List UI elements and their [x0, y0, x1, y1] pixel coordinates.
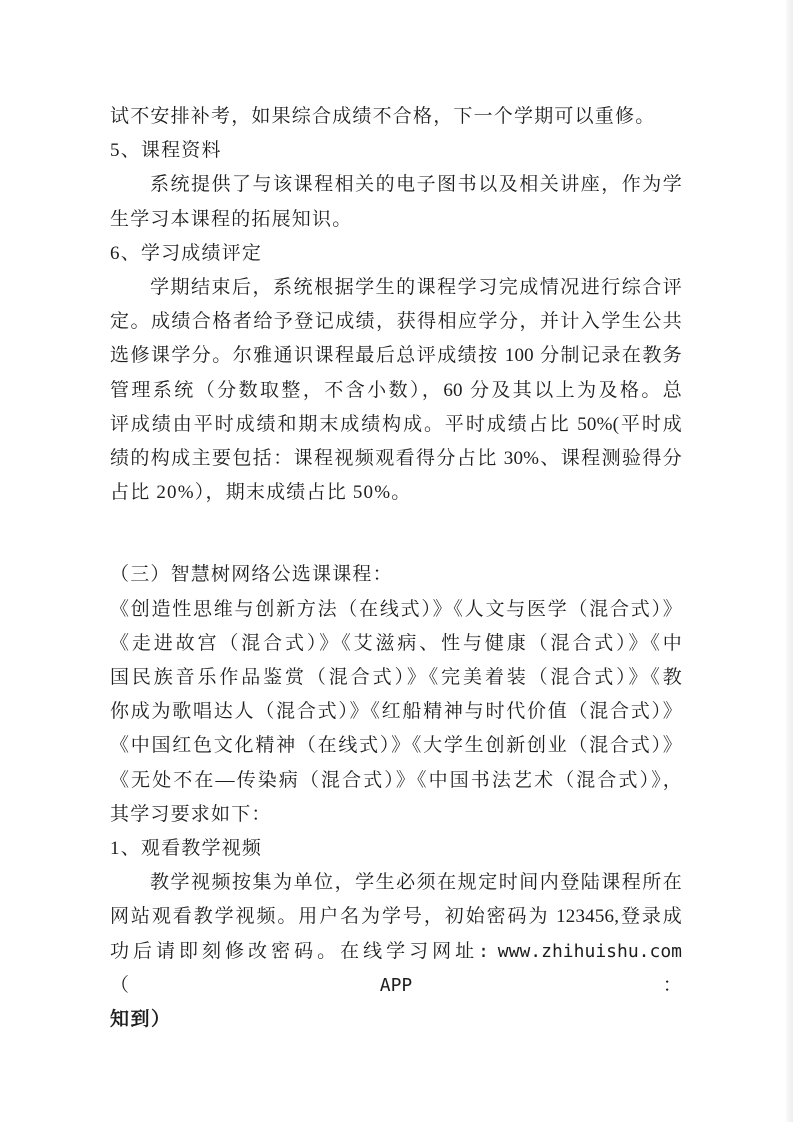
latin-text: 100	[505, 345, 534, 366]
latin-text: 1	[110, 838, 121, 859]
section-heading: （三）智慧树网络公选课课程：	[110, 558, 682, 592]
body-line: 试不安排补考，如果综合成绩不合格，下一个学期可以重修。	[110, 100, 682, 134]
app-name-line: 知到）	[110, 1003, 682, 1037]
text-block: 试不安排补考，如果综合成绩不合格，下一个学期可以重修。 5、课程资料 系统提供了…	[110, 100, 682, 1037]
body-line: 选修课学分。尔雅通识课程最后总评成绩按 100 分制记录在教务	[110, 339, 682, 373]
course-list-line: 《走进故宫（混合式）》《艾滋病、性与健康（混合式）》《中	[110, 627, 682, 661]
page-edge-shadow	[786, 0, 793, 1122]
heading-item-5: 5、课程资料	[110, 134, 682, 168]
body-line: 教学视频按集为单位，学生必须在规定时间内登陆课程所在	[110, 866, 682, 900]
url-line: 功后请即刻修改密码。在线学习网址: www.zhihuishu.com （APP…	[110, 935, 682, 1003]
body-line: 绩的构成主要包括：课程视频观看得分占比 30%、课程测验得分	[110, 442, 682, 476]
body-line: 学期结束后，系统根据学生的课程学习完成情况进行综合评	[110, 271, 682, 305]
latin-text: 6	[110, 243, 121, 264]
body-line: 定。成绩合格者给予登记成绩，获得相应学分，并计入学生公共	[110, 305, 682, 339]
heading-item-1: 1、观看教学视频	[110, 832, 682, 866]
body-line: 网站观看教学视频。用户名为学号，初始密码为 123456,登录成	[110, 900, 682, 934]
body-line: 其学习要求如下：	[110, 798, 682, 832]
body-line: 占比 20%），期末成绩占比 50%。	[110, 476, 682, 510]
course-list-line: 《中国红色文化精神（在线式）》《大学生创新创业（混合式）》	[110, 729, 682, 763]
latin-text: 50%	[577, 414, 612, 435]
document-page: 试不安排补考，如果综合成绩不合格，下一个学期可以重修。 5、课程资料 系统提供了…	[0, 0, 793, 1122]
latin-text: 60	[443, 380, 462, 401]
latin-text: www.zhihuishu.com	[498, 941, 682, 962]
course-list-line: 《无处不在—传染病（混合式）》《中国书法艺术（混合式）》，	[110, 764, 682, 798]
latin-text: 123456,	[556, 906, 619, 927]
latin-text: 5	[110, 140, 121, 161]
latin-text: :	[478, 941, 489, 962]
latin-text: APP	[380, 975, 413, 996]
paragraph-gap	[110, 510, 682, 558]
latin-text: 20%	[156, 482, 194, 503]
body-line: 系统提供了与该课程相关的电子图书以及相关讲座，作为学	[110, 168, 682, 202]
body-line: 管理系统（分数取整，不含小数），60 分及其以上为及格。总	[110, 374, 682, 408]
latin-text: 50%	[353, 482, 391, 503]
course-list-line: 《创造性思维与创新方法（在线式）》《人文与医学（混合式）》	[110, 593, 682, 627]
latin-text: 30%	[504, 448, 539, 469]
body-line: 评成绩由平时成绩和期末成绩构成。平时成绩占比 50%(平时成	[110, 408, 682, 442]
course-list-line: 你成为歌唱达人（混合式）》《红船精神与时代价值（混合式）》	[110, 695, 682, 729]
body-line: 生学习本课程的拓展知识。	[110, 203, 682, 237]
course-list-line: 国民族音乐作品鉴赏（混合式）》《完美着装（混合式）》《教	[110, 661, 682, 695]
heading-item-6: 6、学习成绩评定	[110, 237, 682, 271]
